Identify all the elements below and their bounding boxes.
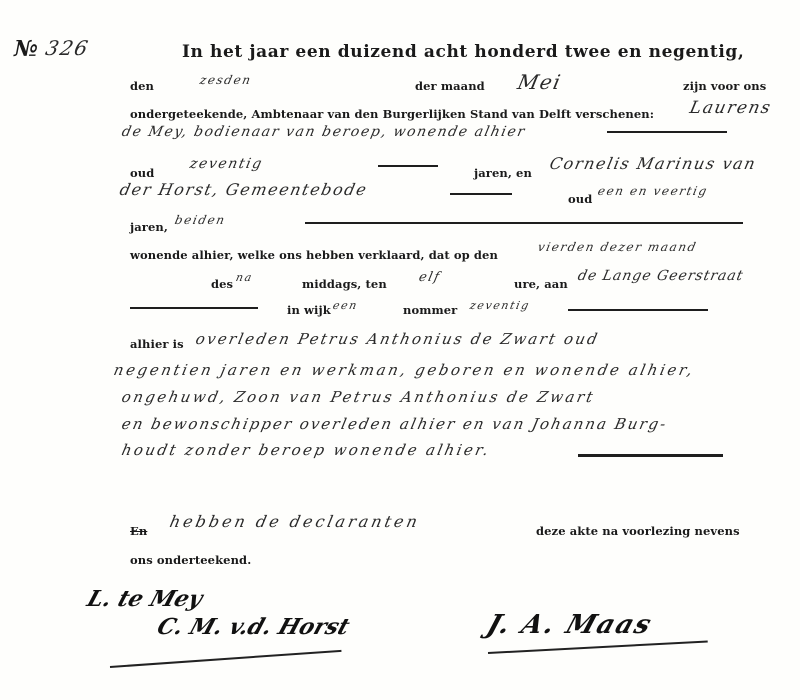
blank-rule [305,222,743,224]
label-den: den [130,79,154,93]
label-in-wijk: in wijk [287,303,331,317]
signature-underline [488,640,708,654]
label-nommer: nommer [403,303,457,317]
field-declarant1-cont: de Mey, bodienaar van beroep, wonende al… [120,124,527,140]
blank-rule [450,193,512,195]
field-declarant2-cont: der Horst, Gemeentebode [118,180,369,199]
label-oud-2: oud [568,192,592,206]
field-declarant2-name: Cornelis Marinus van [548,154,758,173]
label-jaren-en: jaren, en [474,166,532,180]
signature-3: J. A. Maas [483,610,657,640]
label-ons-onderteekend: ons onderteekend. [130,553,251,567]
akte-number-label: № [14,36,37,62]
label-ure-aan: ure, aan [514,277,568,291]
field-deceased-details: negentien jaren en werkman, geboren en w… [112,361,696,379]
page-title: In het jaar een duizend acht honderd twe… [182,42,744,62]
field-beiden: beiden [174,213,228,227]
akte-number: 326 [43,36,91,60]
field-month: Mei [515,70,564,94]
field-declarant1-name: Laurens [688,98,774,118]
field-declarants-signed: hebben de declaranten [168,512,422,531]
certificate-page: № 326 In het jaar een duizend acht honde… [0,0,800,700]
field-age1: zeventig [188,156,264,172]
blank-rule [568,309,708,311]
label-middags-ten: middags, ten [302,277,387,291]
signature-underline [110,650,342,668]
field-wijk: een [332,299,360,312]
label-der-maand: der maand [415,79,485,93]
field-age2: een en veertig [597,184,710,198]
label-jaren: jaren, [130,220,168,234]
label-oud: oud [130,166,154,180]
label-zijn-voor-ons: zijn voor ons [683,79,766,93]
blank-rule [378,165,438,167]
blank-rule [578,454,723,457]
field-parents-father: ongehuwd, Zoon van Petrus Anthonius de Z… [120,388,597,406]
blank-rule [607,131,727,133]
field-parents-mother: en bewonschipper overleden alhier en van… [120,415,669,433]
signature-1: L. te Mey [84,586,206,612]
label-des: des [211,277,233,291]
label-deze-akte: deze akte na voorlezing nevens [536,524,740,538]
field-address: de Lange Geerstraat [576,268,745,284]
label-ondergeteekende: ondergeteekende, Ambtenaar van den Burge… [130,107,654,121]
label-alhier-is: alhier is [130,337,184,351]
label-wonende-alhier: wonende alhier, welke ons hebben verklaa… [130,248,498,262]
field-nommer: zeventig [469,299,532,312]
field-mother-cont: houdt zonder beroep wonende alhier. [120,441,492,459]
field-deceased: overleden Petrus Anthonius de Zwart oud [194,330,601,348]
label-en: En [130,524,147,538]
field-date-of-death: vierden dezer maand [537,240,699,254]
field-hour: elf [417,270,442,285]
blank-rule [130,307,258,309]
number-sign: № [14,36,37,62]
signature-2: C. M. v.d. Horst [154,614,353,640]
field-daypart: na [235,271,255,284]
field-day: zesden [199,73,254,87]
